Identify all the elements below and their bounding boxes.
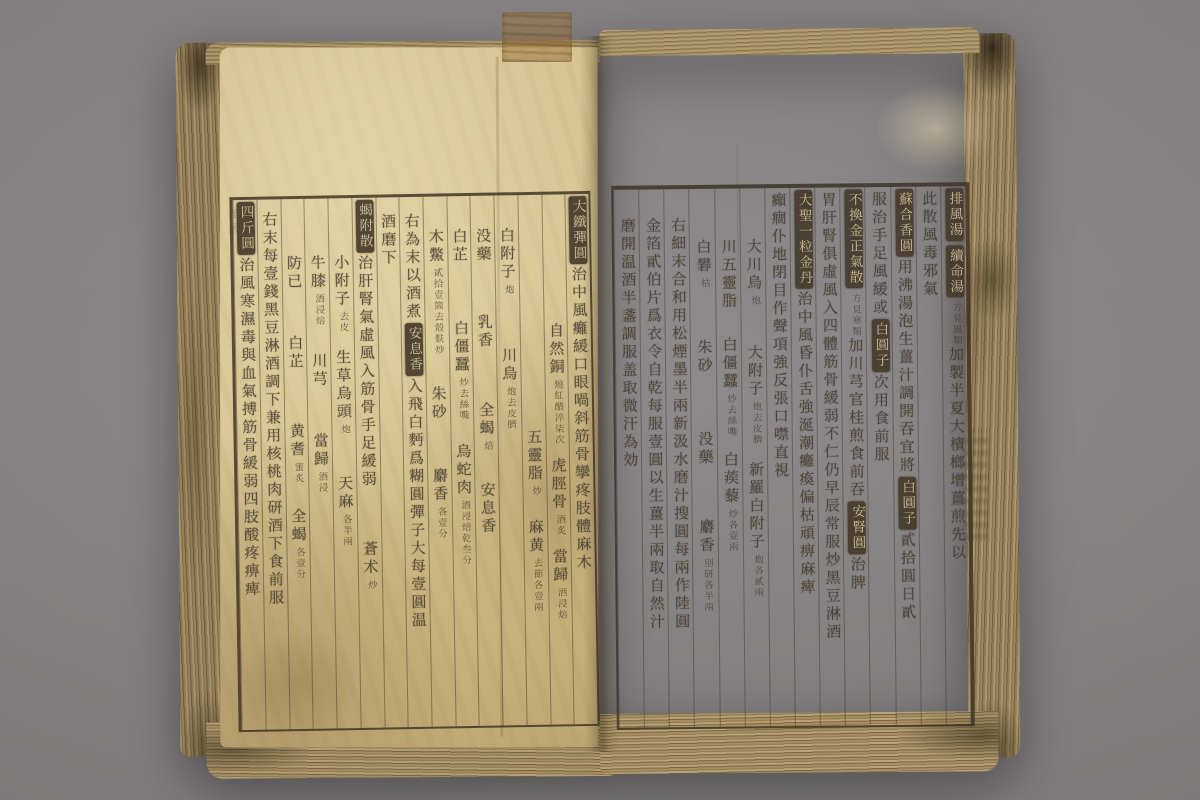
column-text: 白蒺藜: [722, 452, 741, 506]
formula-name-header: 四斤圓: [236, 202, 255, 255]
column-text: 白附子: [498, 227, 517, 281]
column-text: 朱砂: [429, 385, 448, 421]
column-text: 癲癎仆地閉目作聲項強反張口噤直視: [769, 192, 790, 480]
column-text: 炒去絲嘴: [457, 374, 469, 421]
formula-name-header: 安腎圓: [848, 501, 867, 554]
column-text: 蜜炙: [292, 459, 303, 484]
column-text: 各半兩: [341, 511, 353, 547]
column-text: 加製半夏大檳榔增薑煎先以: [947, 346, 967, 562]
column-text: 白礬: [694, 239, 712, 275]
column-text: 防已: [285, 255, 304, 291]
column-text: 没藥: [696, 431, 714, 467]
column-text: 白僵蠶: [452, 320, 471, 374]
column-text: 炒去絲嘴: [725, 391, 736, 438]
column-text: 川烏: [500, 347, 519, 383]
column-text: 大附子: [746, 344, 765, 398]
column-text: 大川烏: [745, 238, 764, 292]
column-text: 治風寒濕毒與血氣搏筋骨緩弱四肢酸疼痹痺: [237, 256, 261, 598]
column-text: 治肝腎氣虛風入筋骨手足緩弱: [356, 254, 378, 488]
column-text: 炒: [366, 576, 377, 590]
column-text: 枯: [699, 275, 710, 289]
column-text: 炒各壹兩: [726, 506, 737, 553]
column-text: 生草烏頭: [334, 349, 353, 421]
column-text: 没藥: [474, 228, 493, 264]
column-text: 焙: [482, 438, 493, 452]
column-text: 朱砂: [695, 339, 713, 375]
column-text: 貳拾壹箇去殼麩炒: [431, 264, 444, 355]
column-text: 麝香: [431, 467, 450, 503]
right-page-text-frame: 排風湯續命湯方見風類加製半夏大檳榔增薑煎先以此散風毒邪氣蘇合香圓用沸湯泡生薑汁調…: [611, 182, 975, 730]
column-text: 此散風毒邪氣: [920, 190, 939, 298]
column-text: 炮各貳兩: [752, 551, 763, 598]
photo-background: 排風湯續命湯方見風類加製半夏大檳榔增薑煎先以此散風毒邪氣蘇合香圓用沸湯泡生薑汁調…: [0, 0, 1200, 800]
column-text: 麝香: [697, 519, 715, 555]
column-text: 自然銅: [547, 322, 566, 376]
column-text: 新羅白附子: [747, 461, 766, 551]
formula-name-header: 白圓子: [871, 319, 890, 372]
column-text: 炒: [530, 483, 541, 497]
column-text: 牛膝: [308, 255, 327, 291]
column-text: 酒浸焙: [555, 584, 567, 620]
column-text: 治中風昏仆舌強涎潮癱瘓偏枯頑痹麻痺: [795, 291, 816, 597]
formula-name-header: 不換金正氣散: [845, 189, 864, 288]
column-text: 去皮: [337, 308, 348, 333]
formula-name-header: 蘇合香圓: [895, 189, 914, 257]
column-text: 五靈脂: [525, 429, 544, 483]
column-text: 炮去皮臍: [504, 383, 516, 430]
column-text: 白僵蠶: [720, 337, 739, 391]
formula-name-header: 大鐵彈圓: [568, 196, 587, 264]
column-text: 黄耆: [288, 423, 307, 459]
column-text: 各壹分: [294, 544, 306, 580]
column-text: 別研各半兩: [702, 555, 714, 613]
column-text: 炮: [749, 292, 760, 306]
column-text: 全蝎: [477, 402, 496, 438]
column-text: 金箔貳伯片爲衣令自乾每服壹圓以生薑半兩取自然汁: [644, 217, 666, 631]
column-text: 小附子: [332, 254, 351, 308]
column-text: 去節各壹兩: [531, 555, 543, 613]
column-text: 各壹分: [435, 503, 447, 539]
column-text: 右為末以酒煮: [403, 213, 423, 321]
column-text: 酒浸: [316, 469, 327, 494]
column-text: 次用食前服: [872, 373, 891, 463]
left-page-text-frame: 大鐵彈圓治中風癱緩口眼喎斜筋骨攣疼肢體麻木自然銅燒紅醋淬柒次虎脛骨酒炙當歸酒浸焙…: [229, 191, 599, 732]
column-text: 加川芎官桂煎食前吞: [846, 337, 866, 499]
column-text: 方見寒類: [850, 290, 861, 337]
column-text: 炮: [339, 421, 350, 435]
column-text: 酒炙: [554, 511, 565, 536]
column-text: 白芷: [450, 228, 469, 264]
formula-name-header: 續命湯: [946, 245, 965, 298]
column-text: 川芎: [310, 352, 329, 388]
formula-name-header: 排風湯: [945, 188, 964, 241]
formula-name-header: 白圓子: [898, 477, 917, 530]
column-text: 蒼术: [361, 540, 380, 576]
column-text: 天麻: [336, 475, 355, 511]
column-text: 白芷: [286, 335, 305, 371]
column-text: 安息香: [478, 482, 497, 536]
column-text: 當歸: [551, 548, 570, 584]
column-text: 用沸湯泡生薑汁調開吞宜將: [896, 259, 916, 475]
column-text: 磨開温酒半盞調服盖取微汗為効: [619, 218, 640, 470]
column-text: 炮去皮臍: [750, 398, 761, 445]
column-text: 木鱉: [427, 228, 446, 264]
column-text: 方見風類: [950, 299, 961, 346]
column-text: 烏蛇肉: [454, 443, 473, 497]
column-text: 川五靈脂: [719, 239, 738, 311]
column-text: 當歸: [312, 432, 331, 468]
column-text: 入飛白麪爲糊圓彈子大每壹圓温: [406, 377, 428, 629]
tape-label: [502, 12, 572, 62]
formula-name-header: 安息香: [405, 323, 424, 376]
column-text: 全蝎: [289, 508, 308, 544]
column-text: 虎脛骨: [549, 457, 568, 511]
column-text: 麻黄: [527, 519, 546, 555]
column-text: 酒磨下: [379, 213, 398, 267]
column-text: 酒浸焙: [313, 291, 325, 327]
column-text: 乳香: [476, 314, 495, 350]
column-text: 服治手足風緩或: [870, 191, 889, 317]
formula-name-header: 大聖一粒金丹: [794, 190, 813, 289]
column-text: 貳拾圓日貳: [899, 531, 918, 621]
column-text: 酒浸焙乾叁分: [459, 497, 471, 566]
column-text: 右細末合和用松煙墨半兩新汲水磨汁搜圓每兩作陸圓: [669, 217, 691, 631]
column-text: 治中風癱緩口眼喎斜筋骨攣疼肢體麻木: [570, 266, 593, 572]
formula-name-header: 蝎附散: [355, 200, 374, 253]
column-text: 燒紅醋淬柒次: [552, 376, 564, 445]
column-text: 胃肝腎俱虛風入四體筋骨緩弱不仁仍早辰常服炒黑豆淋酒: [820, 192, 843, 642]
column-text: 炮: [503, 281, 514, 295]
column-text: 治脾: [848, 556, 866, 592]
